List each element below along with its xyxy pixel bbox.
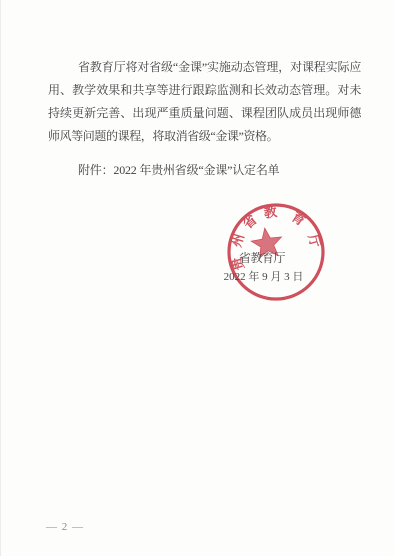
page-number: — 2 —	[46, 521, 84, 533]
body-paragraph: 省教育厅将对省级“金课”实施动态管理，对课程实际应用、教学效果和共享等进行跟踪监…	[48, 56, 361, 148]
signature-department: 省教育厅	[202, 251, 322, 265]
seal-arc-char: 育	[289, 209, 308, 229]
seal-arc-char: 州	[229, 232, 247, 249]
document-page: 省教育厅将对省级“金课”实施动态管理，对课程实际应用、教学效果和共享等进行跟踪监…	[0, 0, 394, 556]
document-body: 省教育厅将对省级“金课”实施动态管理，对课程实际应用、教学效果和共享等进行跟踪监…	[48, 56, 361, 182]
seal-arc-char: 省	[240, 212, 260, 232]
attachment-line: 附件：2022 年贵州省级“金课”认定名单	[48, 159, 361, 182]
seal-arc-char: 厅	[305, 232, 323, 250]
signature-date: 2022 年 9 月 3 日	[196, 270, 331, 284]
official-seal: 贵 州 省 教 育 厅	[196, 185, 356, 305]
